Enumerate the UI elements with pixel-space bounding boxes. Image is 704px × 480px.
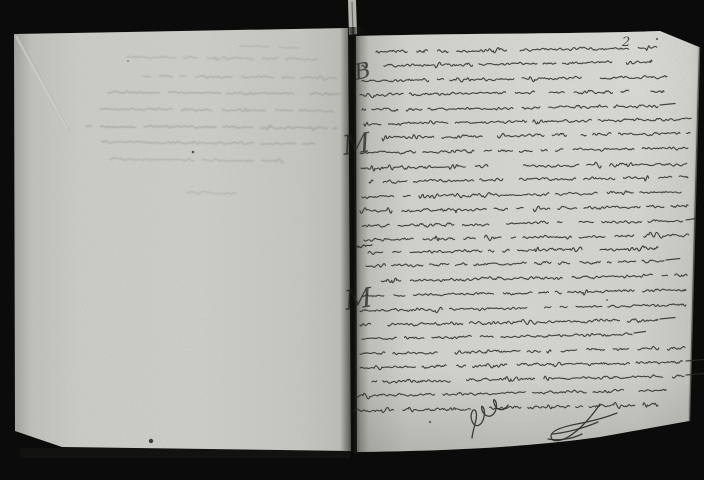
ink-speck: [127, 60, 129, 62]
ink-speck: [192, 151, 195, 154]
ink-speck: [455, 211, 457, 213]
ink-speck: [429, 421, 431, 423]
ink-speck: [606, 299, 608, 301]
gutter-shadow: [340, 27, 368, 453]
page-number: 2: [621, 35, 630, 50]
manuscript-scan: BMM 2: [0, 0, 704, 480]
ink-speck: [423, 51, 425, 53]
manuscript-scan-viewport: BMM 2: [0, 0, 704, 480]
ink-speck: [656, 38, 658, 40]
ink-speck: [149, 439, 153, 443]
